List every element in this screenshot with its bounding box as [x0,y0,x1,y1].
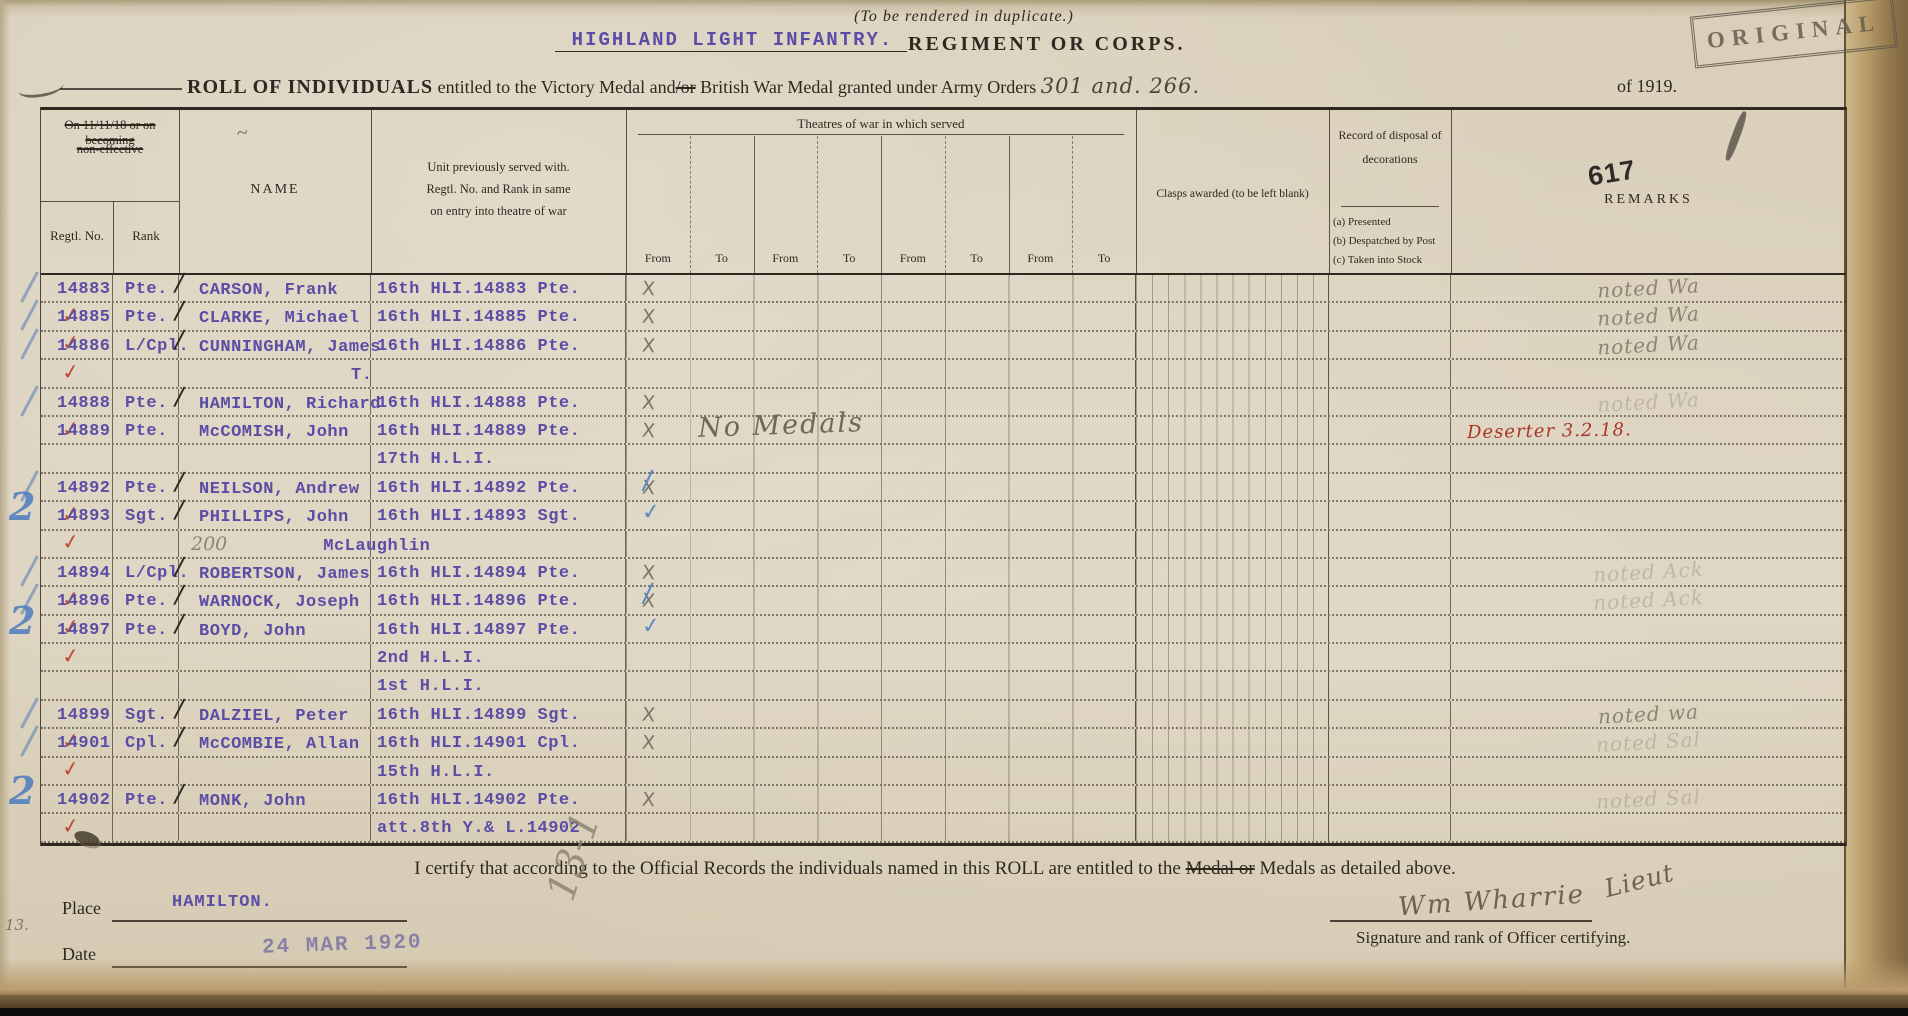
theatre-served-mark: X [641,276,656,303]
theatres-cell: X / [626,474,1136,500]
clasps-cell [1136,502,1329,528]
paper-bottom-edge [0,995,1908,1009]
regtl-no-cell: 14893✓ [41,502,113,528]
table-row: 14894✓ L/Cpl. / ROBERTSON, James 16th HL… [41,559,1846,587]
regtl-no-cell: 14892✓ [41,474,113,500]
table-row: 14901✓ Cpl. / McCOMBIE, Allan 16th HLI.1… [41,729,1846,757]
theatres-cell [626,644,1136,670]
regtl-no-cell: 14888✓ [41,389,113,415]
pencil-tick-mark: ~ [235,121,249,145]
unit-value: 16th HLI.14889 Pte. [377,422,580,441]
regtl-no-cell: 14901✓ [41,729,113,755]
unit-cell: 16th HLI.14899 Sgt. [371,701,626,727]
rank-value: Pte. [125,791,168,810]
disposal-cell [1329,360,1451,386]
remarks-cell [1451,644,1846,670]
unit-value: 16th HLI.14892 Pte. [377,479,580,498]
disposal-cell [1329,389,1451,415]
name-value: MONK, John [199,792,306,811]
rank-value: Pte. [125,422,168,441]
rank-cell [113,814,179,840]
name-value: ROBERTSON, James [199,565,370,584]
regtl-no-value: 14888 [57,394,111,413]
roll-title-body: entitled to the Victory Medal and [433,77,676,97]
remarks-cell: noted Ack [1451,587,1846,613]
unit-value: 16th HLI.14885 Pte. [377,308,580,327]
theatres-header: Theatres of war in which served [626,116,1136,132]
unit-cell: 17th H.L.I. [371,445,626,471]
regtl-no-value: 14883 [57,280,111,299]
disposal-header-line2: decorations [1329,152,1451,167]
roll-title: ROLL OF INDIVIDUALS entitled to the Vict… [187,74,1200,99]
name-cell: PHILLIPS, John [179,502,371,528]
regtl-no-cell [41,360,113,386]
table-row: 14889 Pte. McCOMISH, John 16th HLI.14889… [41,417,1846,445]
rank-cell: L/Cpl. / [113,559,179,585]
unit-value: 1st H.L.I. [377,677,484,696]
clasps-cell [1136,758,1329,784]
certification-pre: I certify that according to the Official… [414,858,1185,879]
regtl-no-cell: 14886✓ [41,332,113,358]
regtl-no-cell: 14885✓ [41,303,113,329]
table-row: 17th H.L.I. [41,445,1846,473]
disposal-cell [1329,814,1451,840]
certification-text: I certify that according to the Official… [0,858,1870,880]
disposal-cell [1329,758,1451,784]
name-cell: CUNNINGHAM, James [179,332,371,358]
name-value: DALZIEL, Peter [199,707,349,726]
unit-cell: 16th HLI.14893 Sgt. [371,502,626,528]
name-value: NEILSON, Andrew [199,480,360,499]
remark-note: Deserter 3.2.18. [1451,414,1846,447]
rank-value: Pte. [125,280,168,299]
theatre-to-header: To [817,251,881,266]
table-row: 14883✓ Pte. / CARSON, Frank 16th HLI.148… [41,275,1846,303]
clasps-cell [1136,559,1329,585]
table-row: 15th H.L.I. [41,758,1846,786]
rank-value: Pte. [125,621,168,640]
unit-value: 16th HLI.14901 Cpl. [377,734,580,753]
rank-cell: Cpl. / [113,729,179,755]
remarks-cell [1451,616,1846,642]
signature-rule [1330,920,1592,922]
unit-cell: 16th HLI.14901 Cpl. [371,729,626,755]
date-stamp: 24 MAR 1920 [262,931,423,960]
rank-value: Cpl. [125,734,168,753]
unit-cell: 16th HLI.14894 Pte. [371,559,626,585]
name-value: PHILLIPS, John [199,508,349,527]
name-cell: BOYD, John [179,616,371,642]
disposal-cell [1329,701,1451,727]
theatres-cell: X [626,701,1136,727]
theatre-served-mark: X [641,332,656,359]
theatres-cell: ✓ [626,616,1136,642]
regtl-no-cell [41,672,113,698]
certification-post: Medals as detailed above. [1255,858,1456,879]
clasps-cell [1136,474,1329,500]
regtl-no-value: 14894 [57,564,111,583]
rank-value: Pte. [125,592,168,611]
name-cell: HAMILTON, Richard [179,389,371,415]
theatres-cell [626,672,1136,698]
unit-value: 16th HLI.14902 Pte. [377,791,580,810]
theatre-from-header: From [626,251,690,266]
name-value: CARSON, Frank [199,281,338,300]
unit-value: 16th HLI.14897 Pte. [377,621,580,640]
theatre-to-header: To [945,251,1009,266]
remarks-cell [1451,474,1846,500]
regtl-no-cell [41,531,113,557]
theatre-served-mark: ✓ [641,499,662,527]
disposal-cell [1329,729,1451,755]
disposal-cell [1329,644,1451,670]
disposal-cell [1329,672,1451,698]
remarks-cell [1451,445,1846,471]
regiment-underline [555,50,907,52]
blue-margin-slash-mark [20,300,39,331]
rank-cell: Pte. / [113,616,179,642]
medal-roll-document: (To be rendered in duplicate.) ORIGINAL … [0,0,1908,1016]
table-row: 14886✓ L/Cpl. / CUNNINGHAM, James 16th H… [41,332,1846,360]
rank-cell: Pte. / [113,275,179,301]
blue-margin-slash-mark [20,271,39,302]
name-cell: MONK, John [179,786,371,812]
rank-header: Rank [113,228,179,244]
rank-cell: Pte. / [113,389,179,415]
regtl-no-value: 14901 [57,734,111,753]
clasps-cell [1136,672,1329,698]
rank-cell [113,445,179,471]
column-divider [626,110,627,273]
clasps-cell [1136,786,1329,812]
name-cell [179,672,371,698]
disposal-cell [1329,332,1451,358]
unit-value: att.8th Y.& L.14902 [377,819,580,838]
name-cell [179,814,371,840]
table-row: 2 14893✓ Sgt. / PHILLIPS, John 16th HLI.… [41,502,1846,530]
blue-margin-slash-mark [20,726,39,757]
clasps-cell [1136,303,1329,329]
unit-value: 16th HLI.14896 Pte. [377,592,580,611]
theatres-cell: ✓ [626,502,1136,528]
theatres-cell [626,758,1136,784]
regtl-no-value: 14886 [57,337,111,356]
regiment-name: HIGHLAND LIGHT INFANTRY. [560,29,905,51]
disposal-cell [1329,445,1451,471]
regtl-no-value: 14897 [57,621,111,640]
disposal-cell [1329,275,1451,301]
remarks-cell: Deserter 3.2.18. [1451,417,1846,443]
rank-cell: Pte. [113,417,179,443]
clasps-cell [1136,814,1329,840]
remarks-header: REMARKS [1451,192,1846,208]
rank-cell: Sgt. / [113,701,179,727]
name-cell [179,445,371,471]
rank-cell: Pte. / [113,474,179,500]
regtl-no-value: 14902 [57,791,111,810]
roll-title-body2: British War Medal granted under Army Ord… [696,77,1041,97]
theatres-cell: X [626,729,1136,755]
regtl-no-value: 14889 [57,422,111,441]
disposal-cell [1329,587,1451,613]
remarks-cell: noted Wa [1451,389,1846,415]
remarks-cell: noted Sal [1451,729,1846,755]
roll-title-struck: /or [676,77,696,97]
theatre-served-mark: X [641,304,656,331]
clasps-cell [1136,729,1329,755]
theatre-from-header: From [754,251,818,266]
rank-cell [113,758,179,784]
disposal-cell [1329,502,1451,528]
disposal-cell [1329,531,1451,557]
name-value: BOYD, John [199,622,306,641]
unit-cell: 16th HLI.14892 Pte. [371,474,626,500]
unit-cell: 16th HLI.14886 Pte. [371,332,626,358]
table-row: 200McLaughlin [41,531,1846,559]
theatres-cell [626,814,1136,840]
certification-struck: Medal or [1186,858,1255,879]
medal-roll-table: On 11/11/18 or on becoming non-effective… [40,107,1847,846]
theatre-from-header: From [1009,251,1073,266]
table-row: 14896✓ Pte. / WARNOCK, Joseph 16th HLI.1… [41,587,1846,615]
clasps-cell [1136,275,1329,301]
unit-cell: 16th HLI.14897 Pte. [371,616,626,642]
unit-value: 16th HLI.14894 Pte. [377,564,580,583]
name-cell: DALZIEL, Peter [179,701,371,727]
rank-cell: L/Cpl. / [113,332,179,358]
unit-cell: 16th HLI.14888 Pte. [371,389,626,415]
theatres-cell: X [626,303,1136,329]
rank-cell: Sgt. / [113,502,179,528]
name-value: CUNNINGHAM, James [199,338,381,357]
place-rule [112,920,407,922]
regtl-no-cell [41,445,113,471]
theatres-cell: X / [626,587,1136,613]
margin-pencil-note: 13. [5,916,29,934]
rank-cell: Pte. / [113,786,179,812]
regtl-no-cell: 14896✓ [41,587,113,613]
table-row: 2 14902✓ Pte. / MONK, John 16th HLI.1490… [41,786,1846,814]
unit-value: 17th H.L.I. [377,450,495,469]
disposal-cell [1329,474,1451,500]
rank-value: Sgt. [125,507,168,526]
theatres-cell: X [626,332,1136,358]
name-cell: WARNOCK, Joseph [179,587,371,613]
table-body: 14883✓ Pte. / CARSON, Frank 16th HLI.148… [41,275,1846,846]
remarks-cell: noted Sal [1451,786,1846,812]
table-row: att.8th Y.& L.14902 [41,814,1846,842]
clasps-cell [1136,445,1329,471]
pencil-number-note: 200 [191,533,227,555]
officer-signature: Wm Wharrie [1397,880,1586,923]
scan-bottom-band [0,1008,1908,1016]
unit-value: 16th HLI.14888 Pte. [377,394,580,413]
regtl-no-cell: 14899✓ [41,701,113,727]
regtl-no-value: 14892 [57,479,111,498]
regiment-caption: REGIMENT OR CORPS. [908,33,1186,56]
unit-value: 16th HLI.14886 Pte. [377,337,580,356]
rank-cell [113,531,179,557]
rank-cell: Pte. / [113,587,179,613]
name-cell: McCOMBIE, Allan [179,729,371,755]
place-label: Place [62,898,101,919]
regtl-no-cell: 14889 [41,417,113,443]
disposal-cell [1329,559,1451,585]
rank-value: Pte. [125,308,168,327]
table-header: On 11/11/18 or on becoming non-effective… [41,110,1846,275]
table-row: 2nd H.L.I. [41,644,1846,672]
effective-header-line2: non-effective [41,142,179,157]
disposal-cell [1329,786,1451,812]
handwritten-overlay-note: No Medals [698,410,865,442]
theatre-to-header: To [1072,251,1136,266]
disposal-option-a: (a) Presented [1333,216,1451,228]
name-value: McCOMISH, John [199,423,349,442]
signature-caption: Signature and rank of Officer certifying… [1356,928,1630,948]
name-value: CLARKE, Michael [199,309,360,328]
regtl-no-cell: 14897✓ [41,616,113,642]
name-cell: CARSON, Frank [179,275,371,301]
theatre-served-mark: ✓ [641,613,662,641]
remarks-cell [1451,814,1846,840]
rank-cell: Pte. / [113,303,179,329]
blue-margin-slash-mark [20,385,39,416]
name-cell: 200McLaughlin [179,531,371,557]
theatre-to-header: To [690,251,754,266]
clasps-cell [1136,417,1329,443]
unit-value: 2nd H.L.I. [377,649,484,668]
clasps-cell [1136,587,1329,613]
regtl-no-cell: 14902✓ [41,786,113,812]
rank-cell [113,360,179,386]
disposal-cell [1329,616,1451,642]
roll-title-lead: ROLL OF INDIVIDUALS [187,76,433,98]
name-value: T. [199,366,372,385]
name-value: WARNOCK, Joseph [199,593,360,612]
theatre-served-mark: X [641,389,656,416]
theatres-cell: X [626,559,1136,585]
disposal-header-rule [1341,206,1439,207]
regtl-no-header: Regtl. No. [41,228,113,244]
regtl-no-cell [41,644,113,670]
title-left-rule [60,88,182,90]
disposal-cell [1329,303,1451,329]
paper-bottom-shade [0,958,1908,996]
disposal-cell [1329,417,1451,443]
table-row: 1st H.L.I. [41,672,1846,700]
theatre-from-header: From [881,251,945,266]
theatre-served-mark: X [641,787,656,814]
disposal-header-line1: Record of disposal of [1329,128,1451,143]
regtl-no-value: 14896 [57,592,111,611]
place-value: HAMILTON. [172,893,273,912]
name-cell: NEILSON, Andrew [179,474,371,500]
pencil-squiggle-mark [17,76,65,100]
name-cell [179,758,371,784]
regtl-no-value: 14885 [57,308,111,327]
unit-cell: 1st H.L.I. [371,672,626,698]
rank-cell [113,672,179,698]
unit-header-line1: Unit previously served with. [371,160,626,175]
unit-header-line3: on entry into theatre of war [371,204,626,219]
unit-cell: 16th HLI.14885 Pte. [371,303,626,329]
theatres-cell: X [626,275,1136,301]
name-cell: McCOMISH, John [179,417,371,443]
clasps-cell [1136,360,1329,386]
remarks-cell: noted Wa [1451,332,1846,358]
regtl-no-value: 14899 [57,706,111,725]
unit-cell: 15th H.L.I. [371,758,626,784]
regtl-no-value: 14893 [57,507,111,526]
name-header: NAME [179,182,371,198]
disposal-option-c: (c) Taken into Stock [1333,254,1451,266]
theatres-cell [626,445,1136,471]
blue-margin-slash-mark [20,697,39,728]
name-cell: ROBERTSON, James [179,559,371,585]
clasps-header: Clasps awarded (to be left blank) [1136,188,1329,200]
rank-value: Sgt. [125,706,168,725]
theatres-underline [638,134,1124,135]
duplicate-note: (To be rendered in duplicate.) [754,8,1174,26]
unit-cell: 2nd H.L.I. [371,644,626,670]
theatre-served-mark: X [641,701,656,728]
unit-value: 16th HLI.14893 Sgt. [377,507,580,526]
unit-value: 16th HLI.14883 Pte. [377,280,580,299]
unit-cell: 16th HLI.14902 Pte. [371,786,626,812]
blue-margin-slash-mark [20,555,39,586]
rank-value: Pte. [125,479,168,498]
clasps-cell [1136,701,1329,727]
clasps-cell [1136,616,1329,642]
clasps-cell [1136,644,1329,670]
unit-cell: 16th HLI.14889 Pte. [371,417,626,443]
unit-cell: 16th HLI.14896 Pte. [371,587,626,613]
table-row: 14892✓ Pte. / NEILSON, Andrew 16th HLI.1… [41,474,1846,502]
rank-cell [113,644,179,670]
name-cell: T. [179,360,371,386]
unit-cell [371,360,626,386]
theatre-served-mark: X [641,730,656,757]
army-orders-handwritten: 301 and. 266. [1041,74,1200,98]
table-row: 2 14897✓ Pte. / BOYD, John 16th HLI.1489… [41,616,1846,644]
table-row: 14885✓ Pte. / CLARKE, Michael 16th HLI.1… [41,303,1846,331]
clasps-cell [1136,389,1329,415]
name-cell [179,644,371,670]
theatres-cell [626,360,1136,386]
regtl-no-cell: 14883✓ [41,275,113,301]
name-cell: CLARKE, Michael [179,303,371,329]
remarks-cell [1451,502,1846,528]
theatre-served-mark: X [641,418,656,445]
unit-value: 15th H.L.I. [377,763,495,782]
clasps-cell [1136,332,1329,358]
unit-header-line2: Regtl. No. and Rank in same [371,182,626,197]
blue-margin-slash-mark [20,328,39,359]
theatres-cell: X [626,786,1136,812]
unit-value: 16th HLI.14899 Sgt. [377,706,580,725]
theatres-cell: X [626,389,1136,415]
unit-cell [371,531,626,557]
theatres-cell [626,531,1136,557]
regtl-no-cell [41,758,113,784]
disposal-option-b: (b) Despatched by Post [1333,235,1451,247]
theatres-cell: X No Medals [626,417,1136,443]
clasps-cell [1136,531,1329,557]
name-value: McCOMBIE, Allan [199,735,360,754]
roll-title-year: of 1919. [1617,76,1677,97]
regtl-no-cell: 14894✓ [41,559,113,585]
unit-cell: 16th HLI.14883 Pte. [371,275,626,301]
